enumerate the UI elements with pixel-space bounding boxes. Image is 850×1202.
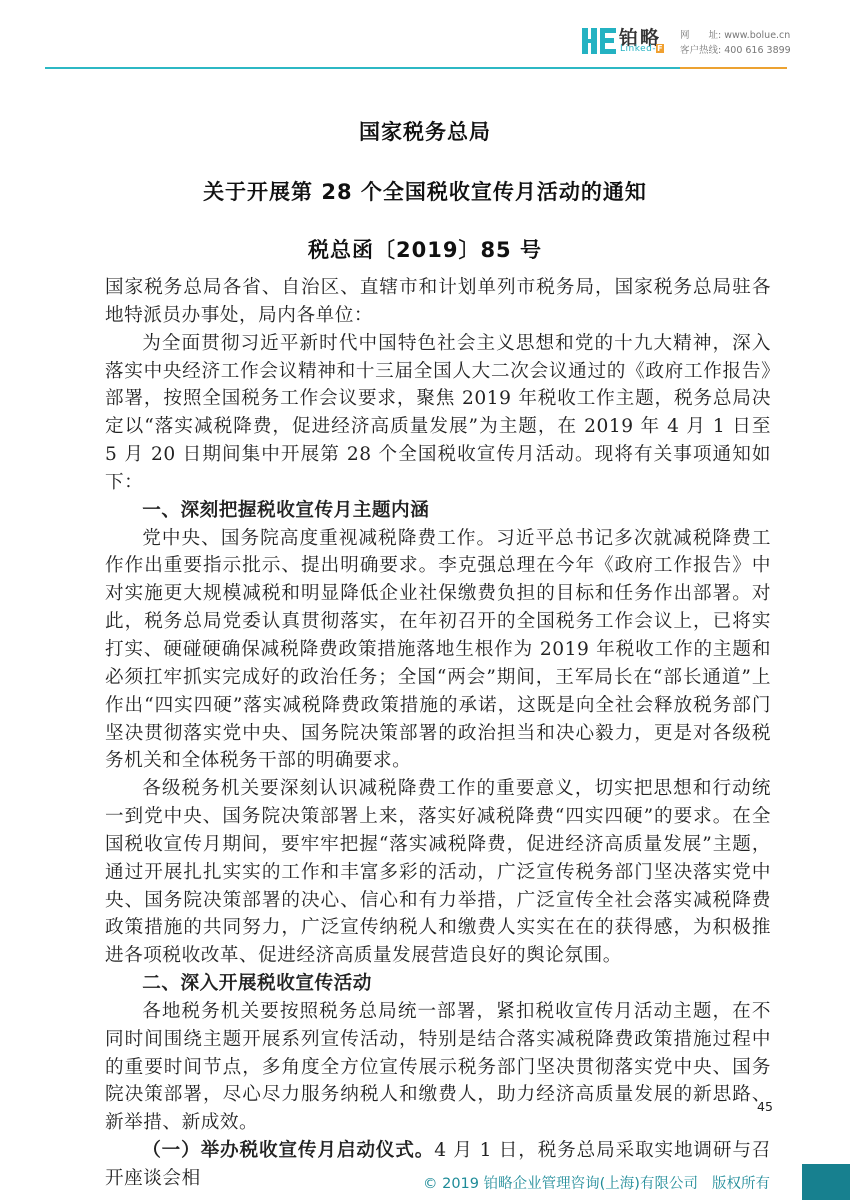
- copyright-year: © 2019: [423, 1176, 479, 1192]
- website-link[interactable]: www.bolue.cn: [724, 30, 790, 41]
- hotline-number: 400 616 3899: [724, 45, 790, 56]
- section-2-heading: 二、深入开展税收宣传活动: [105, 970, 771, 998]
- contact-info: 网 址: www.bolue.cn 客户热线: 400 616 3899: [680, 28, 791, 58]
- hotline-label: 客户热线:: [680, 45, 721, 56]
- page-number: 45: [757, 1099, 773, 1114]
- item-1-lead: （一）举办税收宣传月启动仪式。: [142, 1140, 434, 1161]
- rights-reserved: 版权所有: [712, 1176, 770, 1192]
- section-2-paragraph-1: 各地税务机关要按照税务总局统一部署，紧扣税收宣传月活动主题，在不同时间围绕主题开…: [105, 998, 771, 1137]
- logo-english-name: Linked-F: [620, 44, 664, 54]
- website-line: 网 址: www.bolue.cn: [680, 28, 791, 43]
- bolue-logo: 铂略 Linked-F: [582, 26, 674, 56]
- header-rule-orange: [680, 67, 787, 69]
- section-1-heading: 一、深刻把握税收宣传月主题内涵: [105, 497, 771, 525]
- notice-title: 关于开展第 28 个全国税收宣传月活动的通知: [0, 176, 850, 206]
- footer-corner-block: [802, 1164, 850, 1200]
- addressee: 国家税务总局各省、自治区、直辖市和计划单列市税务局，国家税务总局驻各地特派员办事…: [105, 274, 771, 330]
- header-rule-teal: [45, 67, 680, 69]
- document-number: 税总函〔2019〕85 号: [0, 234, 850, 264]
- website-label: 网 址:: [680, 30, 721, 41]
- document-body: 国家税务总局各省、自治区、直辖市和计划单列市税务局，国家税务总局驻各地特派员办事…: [105, 274, 771, 1193]
- company-name: 铂略企业管理咨询(上海)有限公司: [484, 1176, 698, 1192]
- issuer-title: 国家税务总局: [0, 116, 850, 146]
- copyright-notice: © 2019 铂略企业管理咨询(上海)有限公司版权所有: [423, 1172, 770, 1193]
- section-1-paragraph-2: 各级税务机关要深刻认识减税降费工作的重要意义，切实把思想和行动统一到党中央、国务…: [105, 775, 771, 970]
- hotline-line: 客户热线: 400 616 3899: [680, 43, 791, 58]
- section-1-paragraph-1: 党中央、国务院高度重视减税降费工作。习近平总书记多次就减税降费工作作出重要指示批…: [105, 525, 771, 776]
- intro-paragraph: 为全面贯彻习近平新时代中国特色社会主义思想和党的十九大精神，深入落实中央经济工作…: [105, 330, 771, 497]
- logo-mark-icon: [582, 28, 616, 54]
